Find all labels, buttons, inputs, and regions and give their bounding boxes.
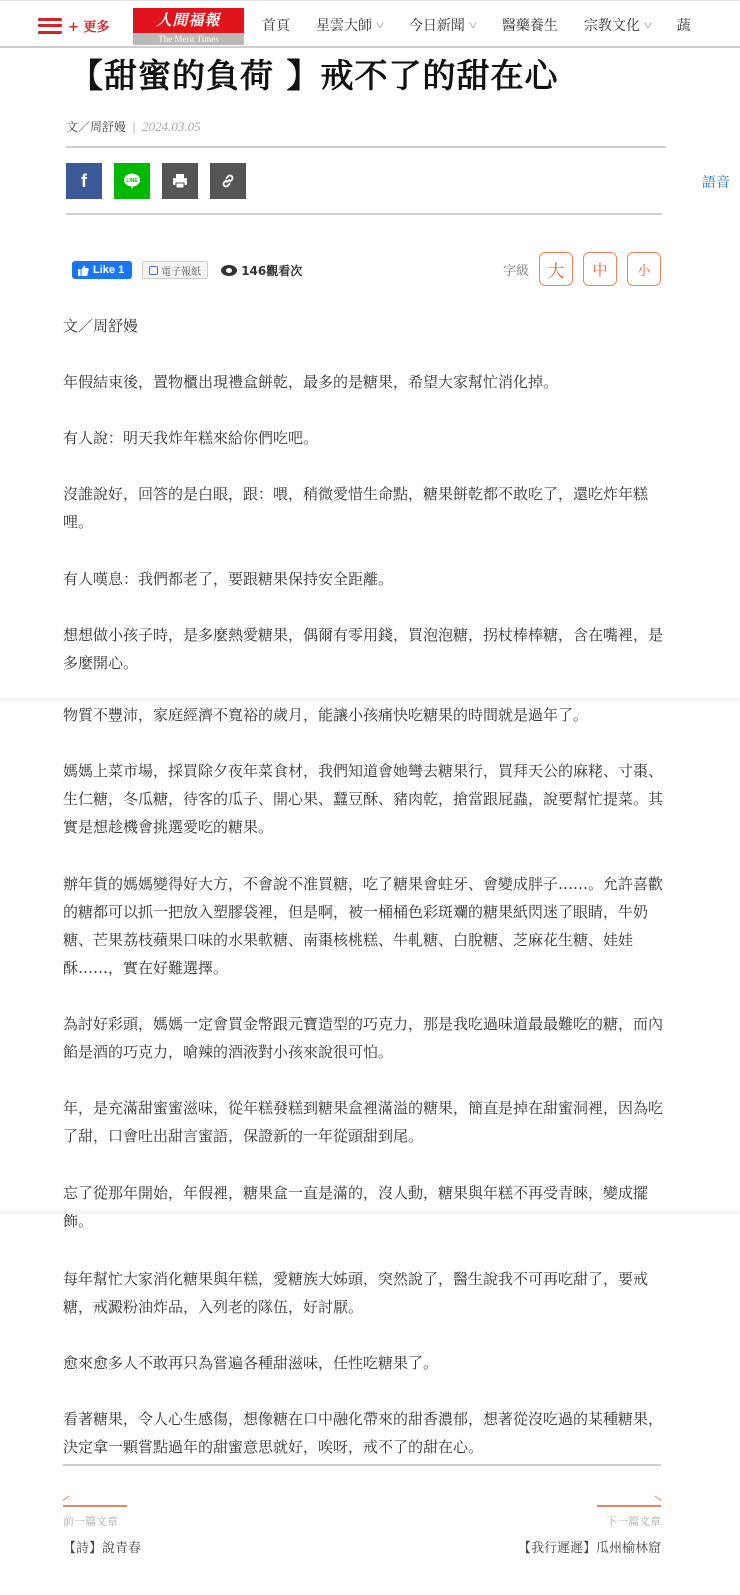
- text-to-speech-link[interactable]: 語音: [702, 172, 730, 192]
- next-article-link[interactable]: 下一篇文章 【我行遲遲】瓜州榆林窟: [518, 1495, 661, 1556]
- facebook-like-button[interactable]: Like 1: [72, 261, 132, 279]
- top-navigation-bar: + 更多 人間福報 The Merit Times 首頁 星雲大師v 今日新聞v…: [0, 0, 740, 48]
- more-menu-button[interactable]: + 更多: [38, 16, 109, 35]
- previous-article-title: 【詩】說青春: [63, 1537, 141, 1556]
- next-article-title: 【我行遲遲】瓜州榆林窟: [518, 1537, 661, 1556]
- nav-label: 星雲大師: [316, 15, 372, 35]
- font-size-large-button[interactable]: 大: [539, 252, 573, 286]
- font-size-controls: 字級 大 中 小: [503, 252, 661, 286]
- font-size-medium-button[interactable]: 中: [583, 252, 617, 286]
- byline-author: 文／周舒嫚: [66, 120, 126, 134]
- logo-english-name: The Merit Times: [133, 33, 244, 45]
- view-count: 146觀看次: [221, 262, 302, 279]
- newspaper-icon: [149, 266, 158, 275]
- article-paragraph: 辦年貨的媽媽變得好大方，不會說不准買糖，吃了糖果會蛀牙、會變成胖子……。允許喜歡…: [63, 870, 663, 982]
- share-facebook-button[interactable]: f: [66, 163, 102, 199]
- article-paragraph: 有人嘆息：我們都老了，要跟糖果保持安全距離。: [63, 565, 663, 593]
- article-meta-row: Like 1 電子報紙 146觀看次: [72, 261, 302, 279]
- next-article-label: 下一篇文章: [518, 1513, 661, 1529]
- nav-item-health[interactable]: 醫藥養生: [502, 15, 558, 35]
- epaper-button[interactable]: 電子報紙: [142, 261, 208, 279]
- link-icon: [219, 172, 237, 190]
- article-paragraph: 沒誰說好，回答的是白眼，跟：喂，稍微愛惜生命點，糖果餅乾都不敢吃了，還吃炸年糕哩…: [63, 480, 663, 536]
- chevron-down-icon: v: [376, 20, 384, 31]
- article-paragraph: 文／周舒嫚: [63, 312, 663, 340]
- previous-article-link[interactable]: 前一篇文章 【詩】說青春: [63, 1495, 141, 1556]
- logo-chinese-name: 人間福報: [133, 8, 244, 33]
- article-paragraph: 愈來愈多人不敢再只為嘗遍各種甜滋味，任性吃糖果了。: [63, 1349, 663, 1377]
- chevron-down-icon: v: [644, 20, 652, 31]
- article-paragraph: 物質不豐沛，家庭經濟不寬裕的歲月，能讓小孩痛快吃糖果的時間就是過年了。: [63, 701, 663, 729]
- print-button[interactable]: [162, 163, 198, 199]
- nav-label: 首頁: [262, 15, 290, 35]
- divider: [66, 213, 662, 215]
- like-count-label: Like 1: [93, 264, 124, 276]
- article-paragraph: 有人說：明天我炸年糕來給你們吃吧。: [63, 424, 663, 452]
- copy-link-button[interactable]: [210, 163, 246, 199]
- article-pagination: 前一篇文章 【詩】說青春 下一篇文章 【我行遲遲】瓜州榆林窟: [63, 1495, 661, 1565]
- svg-text:LINE: LINE: [126, 178, 138, 184]
- article-paragraph: 年，是充滿甜蜜蜜滋味，從年糕發糕到糖果盒裡滿溢的糖果，簡直是掉在甜蜜洞裡，因為吃…: [63, 1094, 663, 1150]
- nav-item-religion-culture[interactable]: 宗教文化v: [584, 15, 651, 35]
- divider: [66, 146, 666, 148]
- font-size-label: 字級: [503, 260, 529, 279]
- share-line-button[interactable]: LINE: [114, 163, 150, 199]
- nav-item-home[interactable]: 首頁: [262, 15, 290, 35]
- article-paragraph: 媽媽上菜市場，採買除夕夜年菜食材，我們知道會她彎去糖果行，買拜天公的麻粩、寸棗、…: [63, 757, 663, 841]
- nav-label: 醫藥養生: [502, 15, 558, 35]
- article-paragraph: 每年幫忙大家消化糖果與年糕，愛糖族大姊頭，突然說了，醫生說我不可再吃甜了，要戒糖…: [63, 1265, 663, 1321]
- thumbs-up-icon: [78, 265, 89, 276]
- printer-icon: [171, 172, 189, 190]
- screenshot-seam: [0, 1210, 740, 1214]
- share-buttons: f LINE: [66, 163, 246, 199]
- nav-label: 今日新聞: [409, 15, 465, 35]
- divider: [63, 1464, 661, 1466]
- site-logo[interactable]: 人間福報 The Merit Times: [133, 8, 244, 45]
- article-paragraph: 看著糖果，令人心生感傷，想像糖在口中融化帶來的甜香濃郁，想著從沒吃過的某種糖果，…: [63, 1405, 663, 1461]
- hamburger-icon: [38, 18, 62, 34]
- nav-item-master-hsing-yun[interactable]: 星雲大師v: [316, 15, 383, 35]
- nav-label: 宗教文化: [584, 15, 640, 35]
- publish-date: 2024.03.05: [142, 119, 201, 134]
- article-paragraph: 為討好彩頭，媽媽一定會買金幣跟元寶造型的巧克力，那是我吃過味道最最難吃的糖，而內…: [63, 1010, 663, 1066]
- arrow-left-icon: [63, 1505, 127, 1507]
- nav-item-vegetarian[interactable]: 蔬: [677, 15, 691, 35]
- main-nav: 首頁 星雲大師v 今日新聞v 醫藥養生 宗教文化v 蔬: [262, 1, 691, 49]
- arrow-right-icon: [597, 1505, 661, 1507]
- article-title: 【甜蜜的負荷 】戒不了的甜在心: [70, 50, 559, 97]
- previous-article-label: 前一篇文章: [63, 1513, 141, 1529]
- article-paragraph: 想想做小孩子時，是多麼熱愛糖果，偶爾有零用錢，買泡泡糖，拐杖棒棒糖，含在嘴裡，是…: [63, 621, 663, 677]
- line-icon: LINE: [122, 171, 142, 191]
- article-byline: 文／周舒嫚|2024.03.05: [66, 118, 201, 135]
- article-paragraph: 年假結束後，置物櫃出現禮盒餅乾，最多的是糖果，希望大家幫忙消化掉。: [63, 368, 663, 396]
- epaper-label: 電子報紙: [161, 263, 201, 278]
- screenshot-seam: [0, 697, 740, 701]
- font-size-small-button[interactable]: 小: [627, 252, 661, 286]
- view-count-label: 146觀看次: [241, 262, 302, 279]
- nav-label: 蔬: [677, 15, 691, 35]
- chevron-down-icon: v: [469, 20, 477, 31]
- facebook-icon: f: [81, 171, 87, 192]
- eye-icon: [221, 265, 237, 276]
- article-paragraph: 忘了從那年開始，年假裡，糖果盒一直是滿的，沒人動，糖果與年糕不再受青睞，變成擺飾…: [63, 1179, 663, 1235]
- more-menu-label: + 更多: [68, 16, 109, 35]
- byline-separator: |: [132, 120, 136, 134]
- nav-item-today-news[interactable]: 今日新聞v: [409, 15, 476, 35]
